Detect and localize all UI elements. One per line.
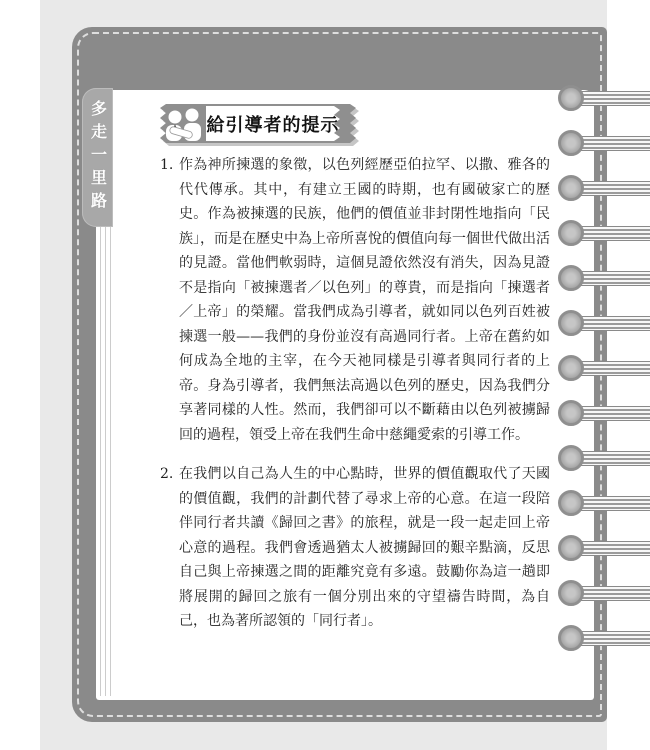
binder-ring: [558, 625, 650, 651]
tips-list: 1. 作為神所揀選的象徵，以色列經歷亞伯拉罕、以撒、雅各的代代傳承。其中，有建立…: [160, 153, 550, 649]
binder-ring: [558, 355, 650, 381]
binder-ring: [558, 490, 650, 516]
tip-number: 2.: [160, 462, 173, 487]
side-tab: 多走一里路: [82, 88, 113, 227]
binder-ring: [558, 85, 650, 111]
section-title: 給引導者的提示: [207, 111, 340, 137]
two-people-icon: [162, 106, 205, 141]
binder-ring: [558, 220, 650, 246]
tip-item: 1. 作為神所揀選的象徵，以色列經歷亞伯拉罕、以撒、雅各的代代傳承。其中，有建立…: [160, 153, 550, 447]
binder-ring: [558, 130, 650, 156]
binder-ring: [558, 445, 650, 471]
side-tab-label: 多走一里路: [90, 100, 106, 215]
tip-text: 作為神所揀選的象徵，以色列經歷亞伯拉罕、以撒、雅各的代代傳承。其中，有建立王國的…: [179, 157, 550, 443]
binder-ring: [558, 175, 650, 201]
tip-number: 1.: [160, 153, 173, 178]
tip-item: 2. 在我們以自己為人生的中心點時，世界的價值觀取代了天國的價值觀，我們的計劃代…: [160, 462, 550, 634]
tip-text: 在我們以自己為人生的中心點時，世界的價值觀取代了天國的價值觀，我們的計劃代替了尋…: [179, 466, 550, 629]
book-page-screenshot: 多走一里路 給引導者的提示 1. 作為神所揀選的象徵，以色列經歷亞伯拉罕、以撒、…: [0, 0, 650, 750]
section-header-banner: 給引導者的提示: [160, 104, 356, 143]
binder-ring: [558, 400, 650, 426]
section-title-plate: 給引導者的提示: [206, 106, 340, 141]
binder-ring: [558, 580, 650, 606]
binder-ring: [558, 265, 650, 291]
binder-ring: [558, 535, 650, 561]
binder-ring: [558, 310, 650, 336]
